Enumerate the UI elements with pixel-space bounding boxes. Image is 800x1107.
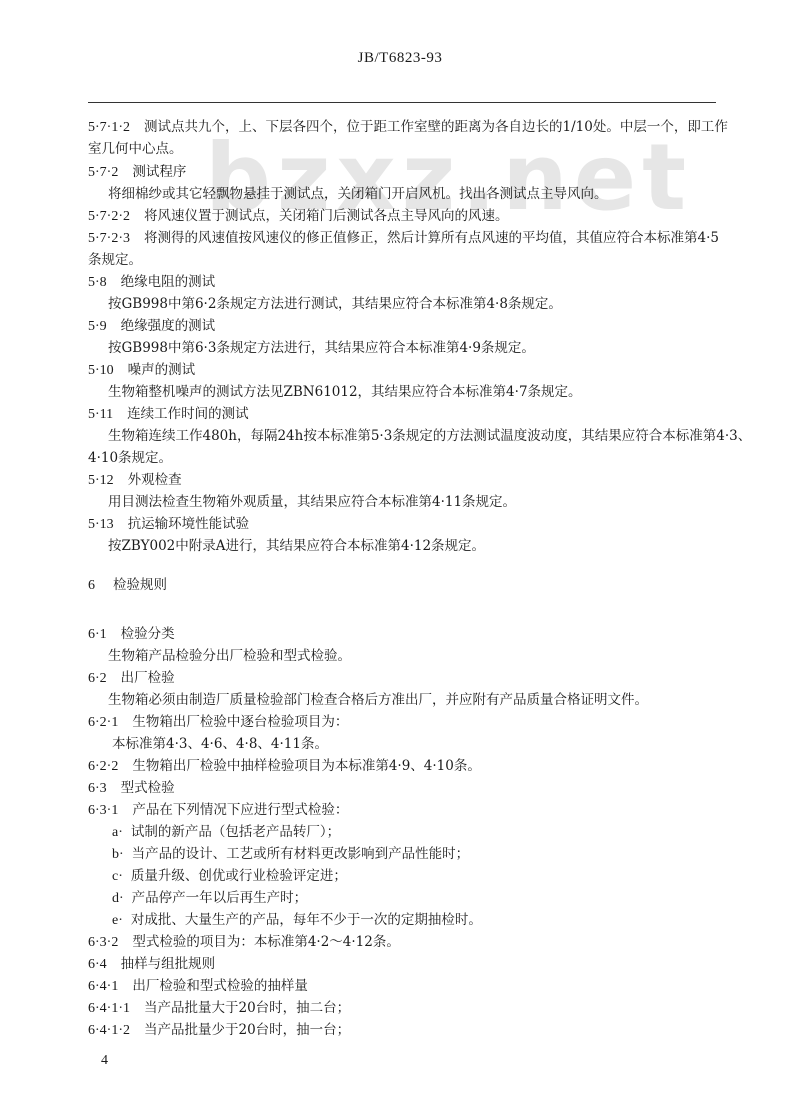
header-rule <box>88 102 716 103</box>
section-6-heading: 6检验规则 <box>88 576 167 595</box>
clause-title: 绝缘电阻的测试 <box>121 274 216 290</box>
list-item-b: b·当产品的设计、工艺或所有材料更改影响到产品性能时； <box>112 845 469 864</box>
clause-5-7-2-2: 5·7·2·2将风速仪置于测试点，关闭箱门后测试各点主导风向的风速。 <box>88 207 509 226</box>
clause-number: 5·7·2·3 <box>88 230 130 248</box>
paragraph: 用目测法检查生物箱外观质量，其结果应符合本标准第4·11条规定。 <box>108 493 516 511</box>
paragraph: 按GB998中第6·3条规定方法进行，其结果应符合本标准第4·9条规定。 <box>108 339 535 357</box>
clause-number: 6·4·1·2 <box>88 1022 130 1040</box>
paragraph: 将细棉纱或其它轻飘物悬挂于测试点，关闭箱门开启风机。找出各测试点主导风向。 <box>108 185 608 203</box>
clause-text: 将细棉纱或其它轻飘物悬挂于测试点，关闭箱门开启风机。找出各测试点主导风向。 <box>108 186 608 202</box>
clause-5-12: 5·12外观检查 <box>88 471 182 490</box>
clause-6-2-2: 6·2·2生物箱出厂检验中抽样检验项目为本标准第4·9、4·10条。 <box>88 757 481 776</box>
clause-6-2: 6·2出厂检验 <box>88 669 175 688</box>
clause-5-9: 5·9绝缘强度的测试 <box>88 317 215 336</box>
clause-number: 5·13 <box>88 516 114 534</box>
clause-text: 按GB998中第6·2条规定方法进行测试，其结果应符合本标准第4·8条规定。 <box>108 296 562 312</box>
clause-text: 按ZBY002中附录A进行，其结果应符合本标准第4·12条规定。 <box>108 538 485 554</box>
paragraph: 生物箱整机噪声的测试方法见ZBN61012，其结果应符合本标准第4·7条规定。 <box>108 383 582 401</box>
clause-title: 连续工作时间的测试 <box>127 406 249 422</box>
clause-title: 抗运输环境性能试验 <box>128 516 250 532</box>
clause-text: 室几何中心点。 <box>88 141 183 157</box>
clause-number: 6·3 <box>88 780 107 798</box>
clause-text: 将测得的风速值按风速仪的修正值修正，然后计算所有点风速的平均值，其值应符合本标准… <box>144 230 719 246</box>
clause-number: 5·7·1·2 <box>88 119 130 137</box>
list-item-d: d·产品停产一年以后再生产时； <box>112 889 307 908</box>
clause-title: 外观检查 <box>128 472 182 488</box>
clause-text: 生物箱整机噪声的测试方法见ZBN61012，其结果应符合本标准第4·7条规定。 <box>108 384 582 400</box>
clause-text-continuation: 室几何中心点。 <box>88 140 183 158</box>
clause-number: 6·4 <box>88 956 107 974</box>
document-code-header: JB/T6823-93 <box>0 50 800 67</box>
clause-text: 生物箱连续工作480h，每隔24h按本标准第5·3条规定的方法测试温度波动度，其… <box>108 428 751 444</box>
clause-text: 4·10条规定。 <box>88 450 172 466</box>
clause-text: 型式检验的项目为：本标准第4·2～4·12条。 <box>132 934 400 950</box>
document-page: bzxz.net JB/T6823-93 5·7·1·2测试点共九个，上、下层各… <box>0 0 800 1107</box>
clause-number: 5·10 <box>88 362 114 380</box>
clause-6-3-2: 6·3·2型式检验的项目为：本标准第4·2～4·12条。 <box>88 933 400 952</box>
clause-number: 6·3·1 <box>88 802 118 820</box>
list-marker: b· <box>112 846 124 864</box>
list-marker: e· <box>112 912 123 930</box>
clause-text: 生物箱出厂检验中抽样检验项目为本标准第4·9、4·10条。 <box>132 758 481 774</box>
page-number: 4 <box>101 1053 108 1069</box>
paragraph: 按ZBY002中附录A进行，其结果应符合本标准第4·12条规定。 <box>108 537 485 555</box>
clause-title: 噪声的测试 <box>128 362 196 378</box>
clause-6-4-1: 6·4·1出厂检验和型式检验的抽样量 <box>88 977 308 996</box>
clause-number: 6·3·2 <box>88 934 118 952</box>
list-marker: d· <box>112 890 124 908</box>
clause-text: 生物箱必须由制造厂质量检验部门检查合格后方准出厂，并应附有产品质量合格证明文件。 <box>108 692 648 708</box>
clause-5-7-2-3: 5·7·2·3将测得的风速值按风速仪的修正值修正，然后计算所有点风速的平均值，其… <box>88 229 719 248</box>
clause-text: 产品在下列情况下应进行型式检验： <box>132 802 348 818</box>
list-marker: c· <box>112 868 123 886</box>
list-item-e: e·对成批、大量生产的产品，每年不少于一次的定期抽检时。 <box>112 911 482 930</box>
list-item-text: 产品停产一年以后再生产时； <box>132 890 308 906</box>
clause-text: 用目测法检查生物箱外观质量，其结果应符合本标准第4·11条规定。 <box>108 494 516 510</box>
list-item-text: 对成批、大量生产的产品，每年不少于一次的定期抽检时。 <box>131 912 482 928</box>
clause-text-continuation: 4·10条规定。 <box>88 449 172 467</box>
paragraph: 生物箱必须由制造厂质量检验部门检查合格后方准出厂，并应附有产品质量合格证明文件。 <box>108 691 648 709</box>
section-number: 6 <box>88 577 95 595</box>
list-item-c: c·质量升级、创优或行业检验评定进； <box>112 867 347 886</box>
clause-text: 生物箱产品检验分出厂检验和型式检验。 <box>108 648 351 664</box>
clause-text: 测试点共九个，上、下层各四个，位于距工作室壁的距离为各自边长的1/10处。中层一… <box>144 119 728 135</box>
clause-number: 5·8 <box>88 274 107 292</box>
paragraph: 按GB998中第6·2条规定方法进行测试，其结果应符合本标准第4·8条规定。 <box>108 295 562 313</box>
clause-6-2-1: 6·2·1生物箱出厂检验中逐台检验项目为： <box>88 713 348 732</box>
paragraph: 生物箱产品检验分出厂检验和型式检验。 <box>108 647 351 665</box>
clause-number: 5·9 <box>88 318 107 336</box>
clause-text: 当产品批量少于20台时，抽一台； <box>144 1022 350 1038</box>
clause-title: 检验分类 <box>121 626 175 642</box>
clause-5-8: 5·8绝缘电阻的测试 <box>88 273 215 292</box>
clause-number: 6·2·2 <box>88 758 118 776</box>
clause-text: 出厂检验和型式检验的抽样量 <box>132 978 308 994</box>
section-title: 检验规则 <box>113 577 167 593</box>
list-item-text: 质量升级、创优或行业检验评定进； <box>131 868 347 884</box>
clause-number: 5·7·2 <box>88 164 118 182</box>
list-marker: a· <box>112 824 123 842</box>
list-item-text: 当产品的设计、工艺或所有材料更改影响到产品性能时； <box>132 846 470 862</box>
clause-text: 生物箱出厂检验中逐台检验项目为： <box>132 714 348 730</box>
list-item-text: 试制的新产品（包括老产品转厂）； <box>131 824 340 840</box>
clause-number: 6·2 <box>88 670 107 688</box>
clause-5-7-1-2: 5·7·1·2测试点共九个，上、下层各四个，位于距工作室壁的距离为各自边长的1/… <box>88 118 728 137</box>
paragraph: 生物箱连续工作480h，每隔24h按本标准第5·3条规定的方法测试温度波动度，其… <box>108 427 751 445</box>
clause-number: 6·2·1 <box>88 714 118 732</box>
clause-text: 当产品批量大于20台时，抽二台； <box>144 1000 350 1016</box>
clause-text: 本标准第4·3、4·6、4·8、4·11条。 <box>112 736 328 752</box>
clause-text: 条规定。 <box>88 252 142 268</box>
paragraph: 本标准第4·3、4·6、4·8、4·11条。 <box>112 735 328 753</box>
clause-title: 抽样与组批规则 <box>121 956 216 972</box>
clause-number: 5·7·2·2 <box>88 208 130 226</box>
clause-5-7-2: 5·7·2测试程序 <box>88 163 186 182</box>
clause-title: 测试程序 <box>132 164 186 180</box>
clause-number: 6·4·1·1 <box>88 1000 130 1018</box>
clause-title: 绝缘强度的测试 <box>121 318 216 334</box>
clause-text: 按GB998中第6·3条规定方法进行，其结果应符合本标准第4·9条规定。 <box>108 340 535 356</box>
clause-6-1: 6·1检验分类 <box>88 625 175 644</box>
clause-text: 将风速仪置于测试点，关闭箱门后测试各点主导风向的风速。 <box>144 208 509 224</box>
clause-title: 出厂检验 <box>121 670 175 686</box>
clause-6-3: 6·3型式检验 <box>88 779 175 798</box>
clause-number: 5·11 <box>88 406 113 424</box>
clause-5-13: 5·13抗运输环境性能试验 <box>88 515 249 534</box>
clause-6-4-1-2: 6·4·1·2当产品批量少于20台时，抽一台； <box>88 1021 350 1040</box>
clause-5-11: 5·11连续工作时间的测试 <box>88 405 249 424</box>
clause-5-10: 5·10噪声的测试 <box>88 361 195 380</box>
clause-text-continuation: 条规定。 <box>88 251 142 269</box>
clause-title: 型式检验 <box>121 780 175 796</box>
clause-number: 6·4·1 <box>88 978 118 996</box>
clause-number: 6·1 <box>88 626 107 644</box>
clause-6-4-1-1: 6·4·1·1当产品批量大于20台时，抽二台； <box>88 999 350 1018</box>
clause-6-3-1: 6·3·1产品在下列情况下应进行型式检验： <box>88 801 348 820</box>
list-item-a: a·试制的新产品（包括老产品转厂）； <box>112 823 340 842</box>
clause-number: 5·12 <box>88 472 114 490</box>
clause-6-4: 6·4抽样与组批规则 <box>88 955 215 974</box>
